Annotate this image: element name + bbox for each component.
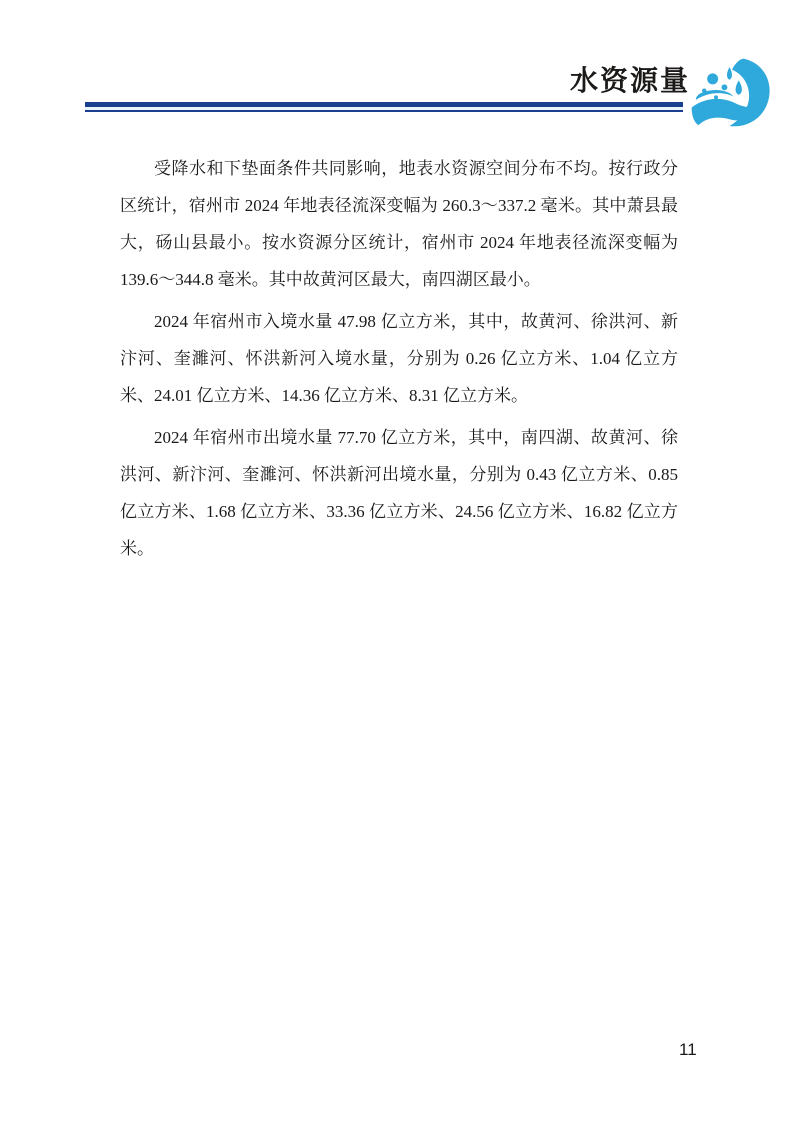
paragraph-runoff-distribution: 受降水和下垫面条件共同影响，地表水资源空间分布不均。按行政分区统计，宿州市 20…: [120, 150, 678, 298]
page-title: 水资源量: [570, 64, 690, 98]
paragraph-inflow: 2024 年宿州市入境水量 47.98 亿立方米，其中，故黄河、徐洪河、新汴河、…: [120, 303, 678, 414]
paragraph-outflow: 2024 年宿州市出境水量 77.70 亿立方米，其中，南四湖、故黄河、徐洪河、…: [120, 419, 678, 567]
header-rule: [85, 102, 683, 112]
page-number: 11: [679, 1040, 697, 1060]
document-page: 水资源量: [0, 0, 793, 1122]
water-splash-icon: [689, 57, 775, 131]
body-text: 受降水和下垫面条件共同影响，地表水资源空间分布不均。按行政分区统计，宿州市 20…: [120, 150, 678, 572]
